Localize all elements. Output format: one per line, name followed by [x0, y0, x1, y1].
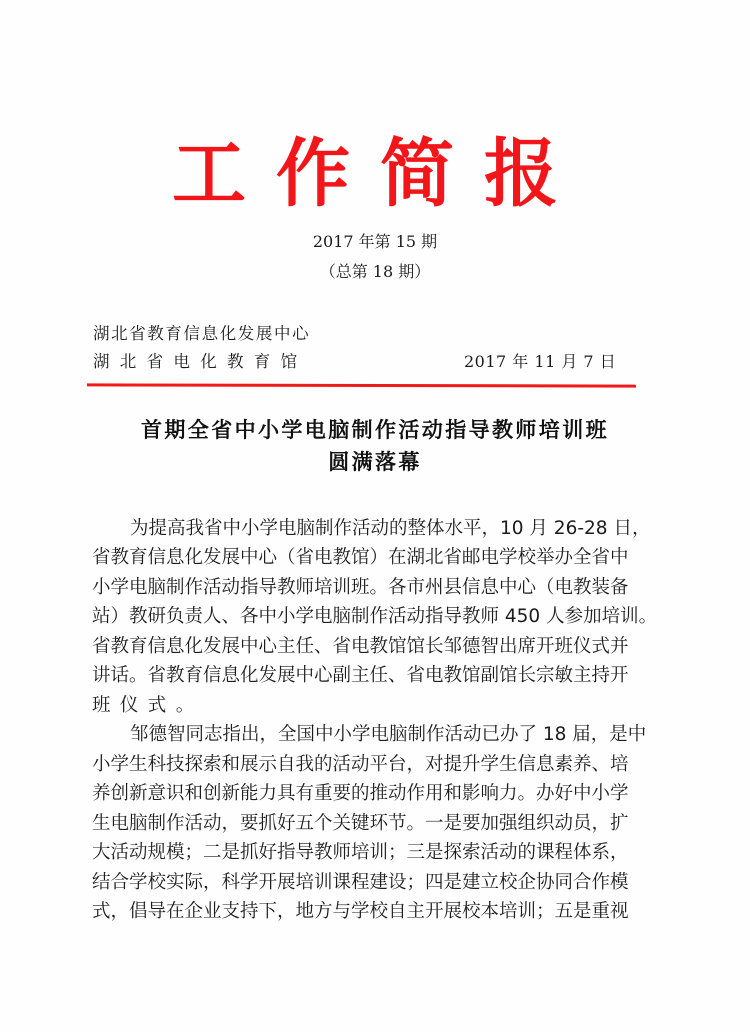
body-line: 大活动规模；二是抓好指导教师培训；三是探索活动的课程体系，: [92, 840, 637, 866]
body-line: 班仪式。: [92, 693, 637, 719]
body-line: 讲话。省教育信息化发展中心副主任、省电教馆副馆长宗敏主持开: [92, 663, 637, 689]
issue-date: 2017 年 11 月 7 日: [464, 352, 616, 372]
masthead-title: 工 作 简 报: [170, 128, 560, 220]
body-line: 小学电脑制作活动指导教师培训班。各市州县信息中心（电教装备: [92, 575, 637, 601]
body-line: 式，倡导在企业支持下，地方与学校自主开展校本培训；五是重视: [92, 899, 637, 925]
masthead-char: 简: [378, 128, 456, 220]
issuer-org-1: 湖北省教育信息化发展中心: [93, 324, 310, 344]
issue-total-number: （总第 18 期）: [0, 262, 750, 282]
body-line: 结合学校实际，科学开展培训课程建设；四是建立校企协同合作模: [92, 870, 637, 896]
masthead-char: 报: [482, 128, 560, 220]
body-line: 为提高我省中小学电脑制作活动的整体水平，10 月 26-28 日，: [130, 516, 637, 542]
article-title-line-1: 首期全省中小学电脑制作活动指导教师培训班: [0, 417, 750, 443]
article-title-line-2: 圆满落幕: [0, 449, 750, 475]
body-line: 小学生科技探索和展示自我的活动平台，对提升学生信息素养、培: [92, 752, 637, 778]
issue-number: 2017 年第 15 期: [0, 232, 750, 252]
issuer-org-2: 湖北省电化教育馆: [93, 352, 307, 372]
masthead-char: 作: [274, 128, 352, 220]
body-line: 养创新意识和创新能力具有重要的推动作用和影响力。办好中小学: [92, 781, 637, 807]
body-line: 站）教研负责人、各中小学电脑制作活动指导教师 450 人参加培训。: [92, 604, 637, 630]
body-line: 邹德智同志指出，全国中小学电脑制作活动已办了 18 届，是中: [130, 722, 637, 748]
body-line: 生电脑制作活动，要抓好五个关键环节。一是要加强组织动员，扩: [92, 811, 637, 837]
masthead-char: 工: [170, 128, 248, 220]
body-line: 省教育信息化发展中心（省电教馆）在湖北省邮电学校举办全省中: [92, 545, 637, 571]
document-page: 工 作 简 报 2017 年第 15 期 （总第 18 期） 湖北省教育信息化发…: [0, 0, 750, 1032]
red-divider-rule: [87, 383, 636, 387]
body-line: 省教育信息化发展中心主任、省电教馆馆长邹德智出席开班仪式并: [92, 634, 637, 660]
